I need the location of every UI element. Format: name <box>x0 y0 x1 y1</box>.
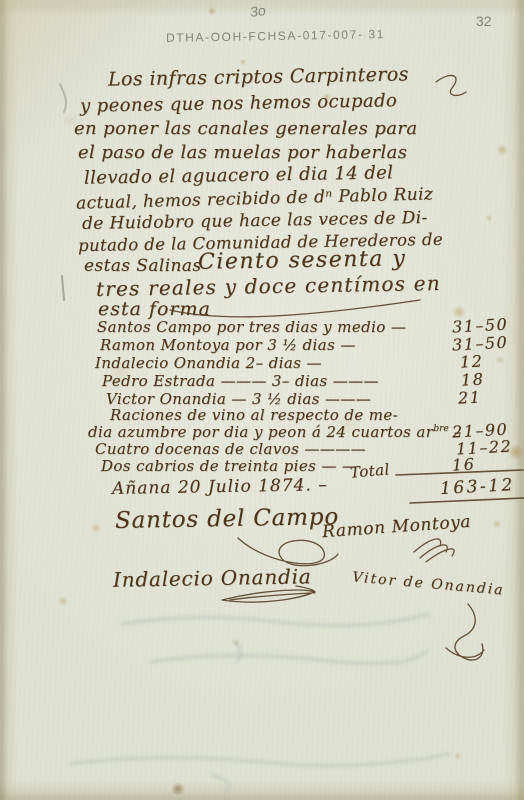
vitor-rubric-tail <box>446 604 484 660</box>
ledger-row-label: Dos cabrios de treinta pies — — <box>101 457 357 475</box>
ledger-row-amount: 16 <box>452 454 476 474</box>
letter-line: el paso de las muelas por haberlas <box>78 142 407 163</box>
archive-reference-code: DTHA-OOH-FCHSA-017-007- 31 <box>166 27 385 45</box>
letter-line: llevado el aguacero el dia 14 del <box>84 162 394 188</box>
letter-line: Los infras criptos Carpinteros <box>108 63 409 90</box>
letter-line: en poner las canales generales para <box>74 118 418 139</box>
pencil-folio-number: 32 <box>476 13 492 29</box>
swash-flourish <box>436 75 466 95</box>
ledger-row-label: Indalecio Onandia 2– dias — <box>95 354 322 372</box>
signature-santos-del-campo: Santos del Campo <box>115 504 339 534</box>
amount-in-words: Ciento sesenta y <box>198 246 407 275</box>
pencil-margin-tick <box>62 276 64 300</box>
ledger-row-label: Pedro Estrada ——— 3– dias ——— <box>102 372 379 390</box>
signature-ramon-montoya: Ramon Montoya <box>321 512 471 542</box>
ledger-row-label: dia azumbre por dia y peon á 24 cuartos … <box>88 423 462 441</box>
ledger-abbreviation: bre <box>433 424 448 434</box>
pencil-page-number: 3o <box>249 2 267 20</box>
amount-in-words: esta forma <box>98 298 211 320</box>
letter-line: estas Salinas <box>84 256 202 276</box>
letter-line: y peones que nos hemos ocupado <box>80 90 398 117</box>
ledger-row-label: Cuatro docenas de clavos ———— <box>95 440 366 458</box>
ledger-row-amount: 21 <box>458 387 482 407</box>
sum-rule-bottom <box>410 498 524 503</box>
ledger-row-label: Raciones de vino al respecto de me- <box>110 406 398 424</box>
place-date: Añana 20 Julio 1874. – <box>112 475 328 499</box>
amount-in-words: tres reales y doce centímos en <box>96 271 441 301</box>
ledger-row-label: Ramon Montoya por 3 ½ dias — <box>100 336 356 354</box>
ledger-row-label: Santos Campo por tres dias y medio — <box>97 318 406 336</box>
ledger-row-amount: 18 <box>461 369 485 389</box>
pencil-smudge <box>60 84 66 112</box>
total-label: Total <box>349 460 390 481</box>
manuscript-page: 3o 32 DTHA-OOH-FCHSA-017-007- 31 Los inf… <box>0 0 524 800</box>
montoya-rubric <box>414 539 454 562</box>
signature-indalecio-onandia: Indalecio Onandia <box>113 564 312 591</box>
ledger-row-label-text: dia azumbre por dia y peon á 24 cuartos … <box>88 423 433 441</box>
total-amount: 163-12 <box>440 475 516 499</box>
signature-vitor-de-onandia: Vitor de Onandia <box>352 569 506 598</box>
